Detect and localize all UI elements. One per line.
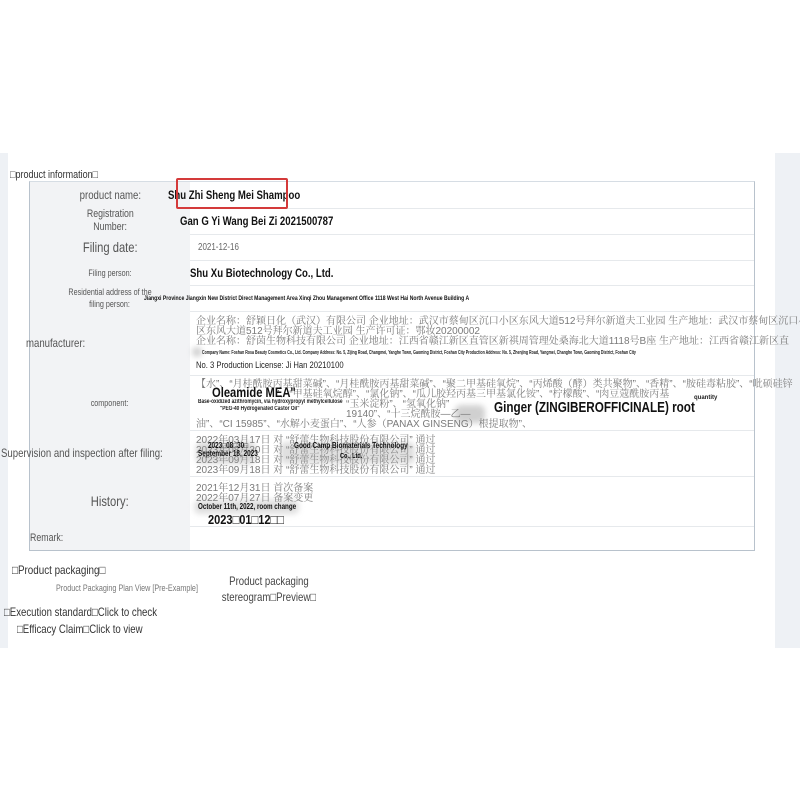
label-supervision: Supervision and inspection after filing: (30, 430, 190, 476)
overlay-peg40: "PEG-40 Hydrogenated Castor Oil" (220, 406, 300, 412)
table-row-history: History: 2021年12月31日 首次备案 2022年07月27日 备案… (30, 476, 754, 527)
overlay-history-date: 2023□01□12□□ (208, 512, 284, 527)
product-name-highlight (176, 178, 288, 209)
section-title-product-packaging: □Product packaging□ (12, 563, 105, 577)
label-remark: Remark: (30, 526, 190, 550)
overlay-quantity: quantity (694, 395, 717, 401)
table-row-product-name: product name: Shu Zhi Sheng Mei Shampoo (30, 182, 754, 209)
link-packaging-plan-view[interactable]: Product Packaging Plan View [Pre-Example… (56, 583, 233, 593)
label-filing-date: Filing date: (30, 234, 190, 260)
table-row-registration: RegistrationNumber: Gan G Yi Wang Bei Zi… (30, 208, 754, 235)
label-product-name: product name: (30, 182, 190, 208)
overlay-ginger: Ginger (ZINGIBEROFFICINALE) root (494, 399, 695, 416)
value-filing-person: Shu Xu Biotechnology Co., Ltd. (190, 266, 333, 280)
table-row-address: Residential address of thefiling person:… (30, 285, 754, 312)
overlay-room-change: October 11th, 2022, room change (198, 502, 296, 511)
production-license: No. 3 Production License: Ji Han 2021010… (196, 360, 344, 370)
overlay-company-suffix: Co., Ltd. (340, 453, 362, 460)
label-filing-person: Filing person: (30, 260, 190, 285)
link-efficacy-claim[interactable]: □Efficacy Claim□Click to view (17, 622, 174, 636)
value-filing-date: 2021-12-16 (198, 242, 239, 253)
overlay-oleamide: Oleamide MEA" (212, 384, 296, 400)
product-info-table: product name: Shu Zhi Sheng Mei Shampoo … (29, 181, 755, 551)
left-gutter (0, 153, 8, 648)
value-remark (190, 526, 754, 550)
link-execution-standard[interactable]: □Execution standard□Click to check (4, 605, 195, 619)
overlay-date-sep: September 18, 2023 (198, 449, 258, 458)
manufacturer-translation-overlay: Company Name: Foshan Rosa Beauty Cosmeti… (202, 350, 636, 356)
link-packaging-stereogram[interactable]: Product packaging stereogram□Preview□ (210, 573, 328, 605)
overlay-company: Good Camp Biomaterials Technology (294, 441, 408, 450)
label-history: History: (30, 476, 190, 526)
section-title-product-information: □product information□ (10, 169, 98, 181)
label-component: component: (30, 375, 190, 430)
table-row-filing-person: Filing person: Shu Xu Biotechnology Co.,… (30, 260, 754, 286)
value-manufacturer: 企业名称：舒颖日化（武汉）有限公司 企业地址：武汉市蔡甸区沉口小区东风大道512… (190, 311, 754, 375)
overlay-azithromycin: Base-oxidized azithromycin, via hydroxyp… (198, 399, 343, 405)
value-component: 【水”、“月桂酰胺丙基甜菜碱”、“月桂酰胺丙基甜菜碱”、“聚二甲基硅氧烷”、“丙… (190, 375, 754, 430)
label-registration: RegistrationNumber: (30, 208, 190, 234)
table-row-supervision: Supervision and inspection after filing:… (30, 430, 754, 477)
table-row-manufacturer: manufacturer: 企业名称：舒颖日化（武汉）有限公司 企业地址：武汉市… (30, 311, 754, 376)
value-supervision: 2022年03月17日 对 “舒蕾生物科技股份有限公司” 通过 2023年08月… (190, 430, 754, 476)
table-row-filing-date: Filing date: 2021-12-16 (30, 234, 754, 261)
table-row-component: component: 【水”、“月桂酰胺丙基甜菜碱”、“月桂酰胺丙基甜菜碱”、“… (30, 375, 754, 431)
value-history: 2021年12月31日 首次备案 2022年07月27日 备案变更 Octobe… (190, 476, 754, 526)
label-manufacturer: manufacturer: (30, 311, 190, 375)
value-address: Jiangxi Province Jiangxin New District D… (144, 295, 469, 302)
right-scroll-gutter (775, 153, 800, 648)
table-row-remark: Remark: (30, 526, 754, 550)
value-registration-number: Gan G Yi Wang Bei Zi 2021500787 (180, 214, 333, 228)
